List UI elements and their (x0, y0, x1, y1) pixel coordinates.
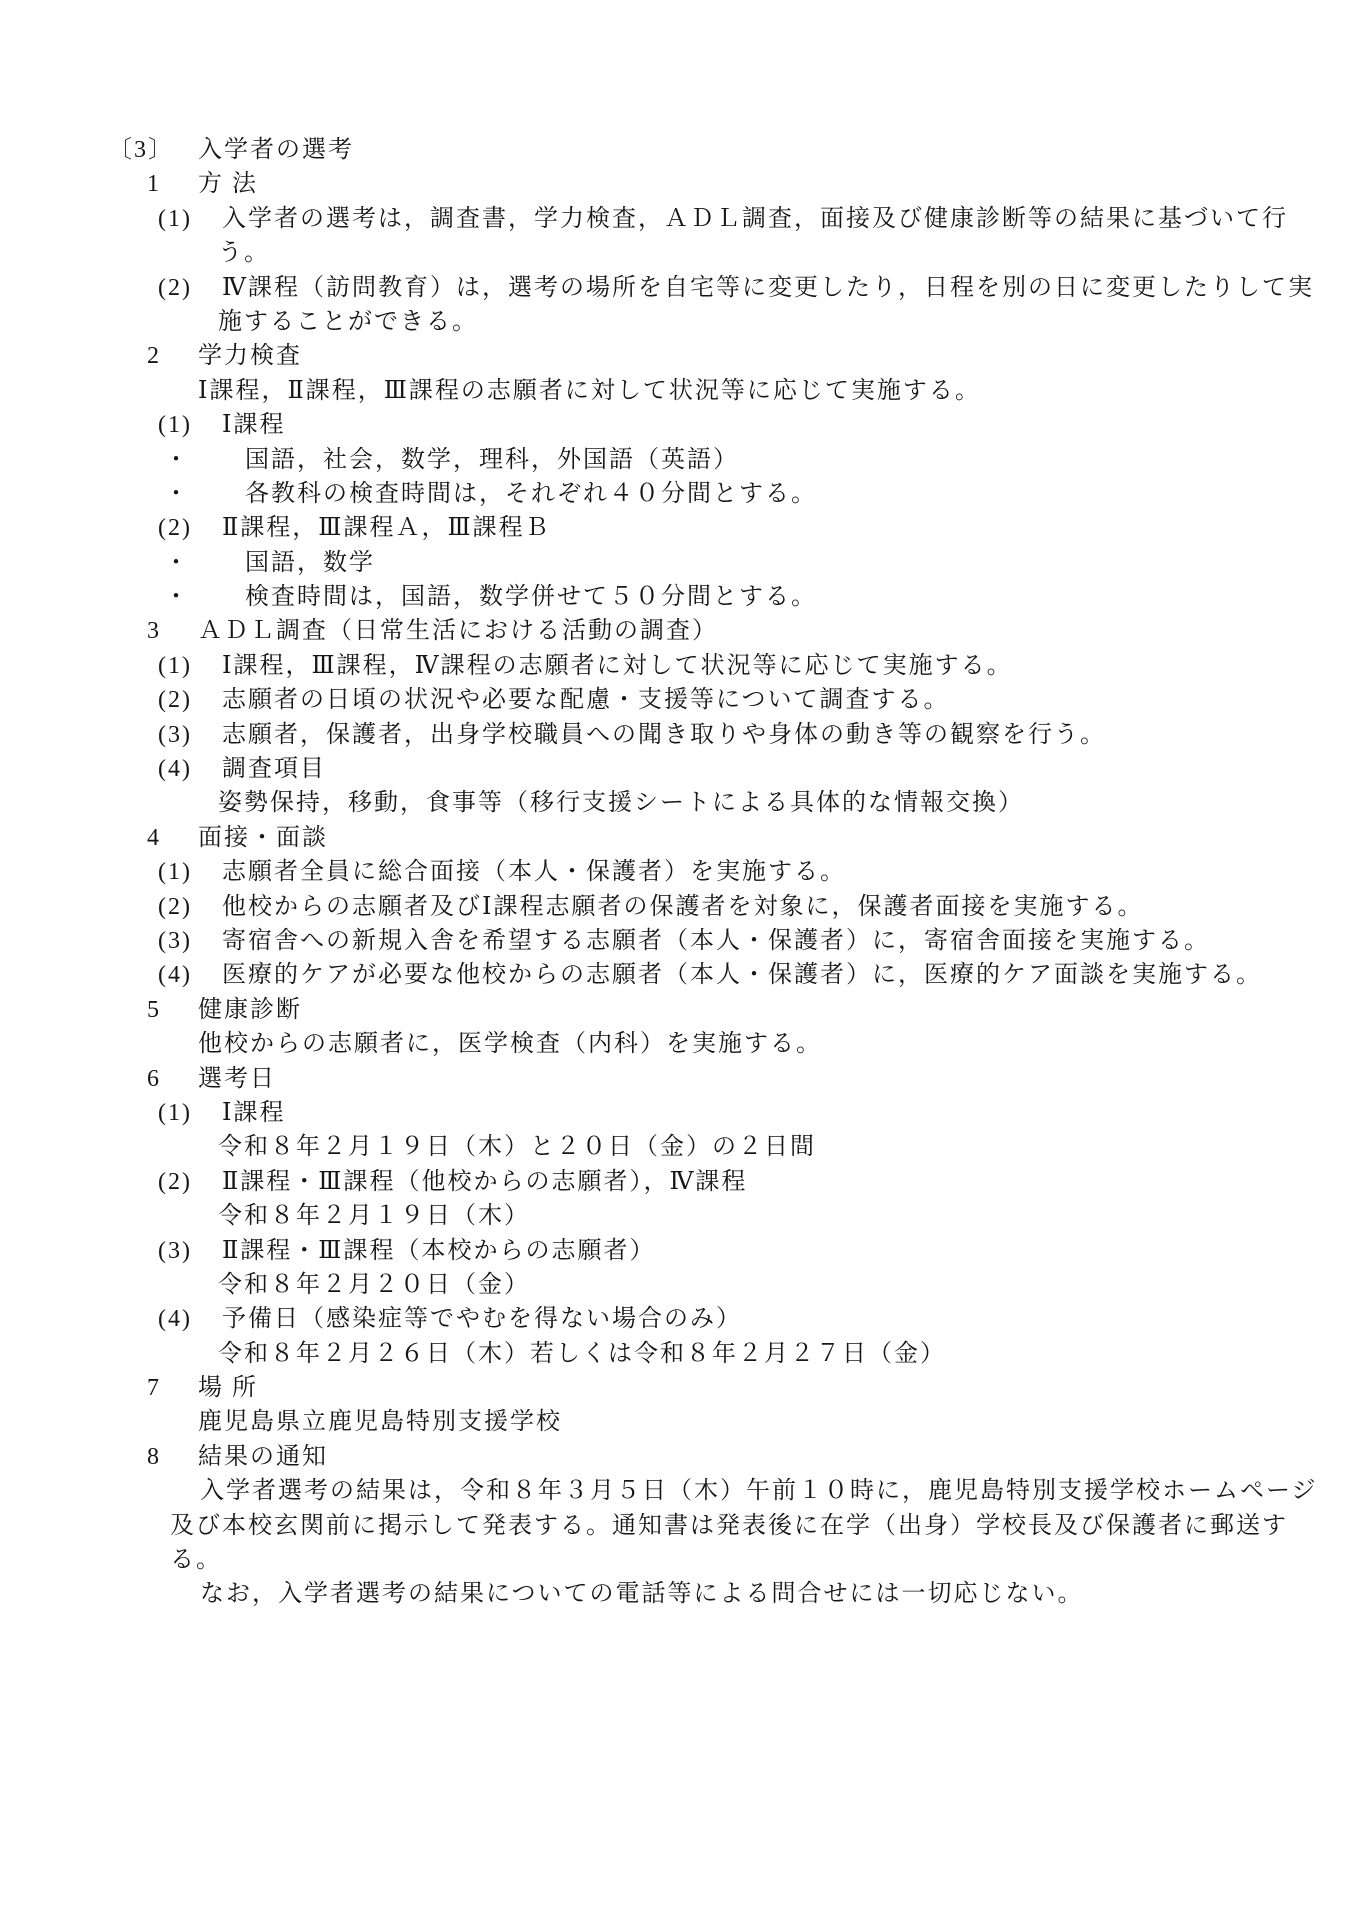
doc-line-section: 3 ＡＤＬ調査（日常生活における活動の調査） (0, 614, 1357, 648)
line-text: Ⅳ課程（訪問教育）は，選考の場所を自宅等に変更したり，日程を別の日に変更したりし… (222, 275, 1314, 301)
document-page: 〔3〕 入学者の選考 1 方 法 (1) 入学者の選考は，調査書，学力検査，ＡＤ… (0, 0, 1357, 1920)
line-marker: ・ (164, 546, 190, 580)
line-text: 検査時間は，国語，数学併せて５０分間とする。 (245, 584, 817, 610)
line-text: 寄宿舎への新規入舎を希望する志願者（本人・保護者）に，寄宿舎面接を実施する。 (222, 928, 1210, 954)
line-marker: (4) (158, 958, 192, 992)
line-text: 入学者の選考 (198, 137, 354, 163)
doc-line-item: (2) 他校からの志願者及びⅠ課程志願者の保護者を対象に，保護者面接を実施する。 (0, 890, 1357, 924)
doc-line-item: (4) 調査項目 (0, 752, 1357, 786)
doc-line-item: (1) Ⅰ課程 (0, 1096, 1357, 1130)
doc-line-item: (4) 医療的ケアが必要な他校からの志願者（本人・保護者）に，医療的ケア面談を実… (0, 958, 1357, 992)
line-marker: 6 (147, 1062, 161, 1096)
line-text: 予備日（感染症等でやむを得ない場合のみ） (222, 1306, 742, 1332)
doc-line-item: (1) Ⅰ課程 (0, 408, 1357, 442)
line-marker: 〔3〕 (108, 133, 174, 167)
doc-line-section: 7 場 所 (0, 1371, 1357, 1405)
document-body: 〔3〕 入学者の選考 1 方 法 (1) 入学者の選考は，調査書，学力検査，ＡＤ… (0, 133, 1357, 1612)
doc-line-section: 6 選考日 (0, 1062, 1357, 1096)
doc-line-item-cont: 令和８年２月２６日（木）若しくは令和８年２月２７日（金） (0, 1337, 1357, 1371)
line-text: 志願者の日頃の状況や必要な配慮・支援等について調査する。 (222, 687, 950, 713)
line-text: 場 所 (198, 1375, 258, 1401)
line-marker: 2 (147, 339, 161, 373)
line-text: 健康診断 (198, 997, 302, 1023)
line-text: Ⅰ課程 (222, 1100, 285, 1126)
line-text: ＡＤＬ調査（日常生活における活動の調査） (198, 618, 718, 644)
doc-line-item: (2) Ⅳ課程（訪問教育）は，選考の場所を自宅等に変更したり，日程を別の日に変更… (0, 271, 1357, 305)
doc-line-item-cont: 施することができる。 (0, 305, 1357, 339)
line-marker: (2) (158, 890, 192, 924)
line-marker: 3 (147, 614, 161, 648)
doc-line-para-cont: 及び本校玄関前に掲示して発表する。通知書は発表後に在学（出身）学校長及び保護者に… (0, 1509, 1357, 1543)
doc-line-item: (4) 予備日（感染症等でやむを得ない場合のみ） (0, 1302, 1357, 1336)
doc-line-para-first: 入学者選考の結果は，令和８年３月５日（木）午前１０時に，鹿児島特別支援学校ホーム… (0, 1474, 1357, 1508)
line-text: Ⅰ課程，Ⅲ課程，Ⅳ課程の志願者に対して状況等に応じて実施する。 (222, 653, 1013, 679)
line-marker: (3) (158, 718, 192, 752)
line-text: 他校からの志願者に，医学検査（内科）を実施する。 (198, 1031, 822, 1057)
line-text: Ⅱ課程，Ⅲ課程Ａ，Ⅲ課程Ｂ (222, 515, 551, 541)
doc-line-item: (3) 志願者，保護者，出身学校職員への聞き取りや身体の動き等の観察を行う。 (0, 718, 1357, 752)
line-text: 令和８年２月２６日（木）若しくは令和８年２月２７日（金） (218, 1341, 946, 1367)
doc-line-section: 4 面接・面談 (0, 821, 1357, 855)
line-marker: (4) (158, 1302, 192, 1336)
doc-line-bullet: ・ 国語，数学 (0, 546, 1357, 580)
doc-line-item: (2) Ⅱ課程，Ⅲ課程Ａ，Ⅲ課程Ｂ (0, 511, 1357, 545)
doc-line-item: (2) 志願者の日頃の状況や必要な配慮・支援等について調査する。 (0, 683, 1357, 717)
line-marker: (3) (158, 924, 192, 958)
doc-line-para-first: なお，入学者選考の結果についての電話等による問合せには一切応じない。 (0, 1577, 1357, 1611)
doc-line-item: (2) Ⅱ課程・Ⅲ課程（他校からの志願者），Ⅳ課程 (0, 1165, 1357, 1199)
line-text: 他校からの志願者及びⅠ課程志願者の保護者を対象に，保護者面接を実施する。 (222, 894, 1143, 920)
line-text: 及び本校玄関前に掲示して発表する。通知書は発表後に在学（出身）学校長及び保護者に… (170, 1513, 1288, 1539)
line-marker: (2) (158, 511, 192, 545)
line-text: 入学者選考の結果は，令和８年３月５日（木）午前１０時に，鹿児島特別支援学校ホーム… (200, 1478, 1318, 1504)
line-marker: ・ (164, 580, 190, 614)
line-marker: (1) (158, 202, 192, 236)
doc-line-para-cont: る。 (0, 1543, 1357, 1577)
line-marker: 7 (147, 1371, 161, 1405)
doc-line-heading: 〔3〕 入学者の選考 (0, 133, 1357, 167)
line-marker: (1) (158, 1096, 192, 1130)
doc-line-section: 8 結果の通知 (0, 1440, 1357, 1474)
doc-line-section-cont: 鹿児島県立鹿児島特別支援学校 (0, 1405, 1357, 1439)
doc-line-item: (3) 寄宿舎への新規入舎を希望する志願者（本人・保護者）に，寄宿舎面接を実施す… (0, 924, 1357, 958)
doc-line-item-cont: 姿勢保持，移動，食事等（移行支援シートによる具体的な情報交換） (0, 786, 1357, 820)
line-text: 国語，数学 (245, 550, 375, 576)
doc-line-section-cont: Ⅰ課程，Ⅱ課程，Ⅲ課程の志願者に対して状況等に応じて実施する。 (0, 374, 1357, 408)
line-text: 志願者全員に総合面接（本人・保護者）を実施する。 (222, 859, 846, 885)
line-text: る。 (170, 1547, 222, 1573)
doc-line-bullet: ・ 各教科の検査時間は，それぞれ４０分間とする。 (0, 477, 1357, 511)
doc-line-bullet: ・ 検査時間は，国語，数学併せて５０分間とする。 (0, 580, 1357, 614)
line-text: う。 (218, 240, 270, 266)
line-text: なお，入学者選考の結果についての電話等による問合せには一切応じない。 (200, 1581, 1084, 1607)
line-marker: ・ (164, 477, 190, 511)
line-marker: (1) (158, 855, 192, 889)
line-marker: (4) (158, 752, 192, 786)
line-marker: (2) (158, 683, 192, 717)
line-text: 国語，社会，数学，理科，外国語（英語） (245, 447, 739, 473)
line-marker: (2) (158, 271, 192, 305)
doc-line-section: 5 健康診断 (0, 993, 1357, 1027)
line-marker: 4 (147, 821, 161, 855)
line-text: 令和８年２月２０日（金） (218, 1272, 530, 1298)
line-text: 鹿児島県立鹿児島特別支援学校 (198, 1409, 562, 1435)
line-text: 令和８年２月１９日（木） (218, 1203, 530, 1229)
doc-line-section: 1 方 法 (0, 167, 1357, 201)
doc-line-item: (1) 志願者全員に総合面接（本人・保護者）を実施する。 (0, 855, 1357, 889)
line-text: 医療的ケアが必要な他校からの志願者（本人・保護者）に，医療的ケア面談を実施する。 (222, 962, 1262, 988)
line-text: 入学者の選考は，調査書，学力検査，ＡＤＬ調査，面接及び健康診断等の結果に基づいて… (222, 206, 1288, 232)
doc-line-item: (1) 入学者の選考は，調査書，学力検査，ＡＤＬ調査，面接及び健康診断等の結果に… (0, 202, 1357, 236)
line-text: 調査項目 (222, 756, 326, 782)
line-text: 志願者，保護者，出身学校職員への聞き取りや身体の動き等の観察を行う。 (222, 722, 1106, 748)
doc-line-item: (1) Ⅰ課程，Ⅲ課程，Ⅳ課程の志願者に対して状況等に応じて実施する。 (0, 649, 1357, 683)
doc-line-item-cont: 令和８年２月１９日（木）と２０日（金）の２日間 (0, 1130, 1357, 1164)
line-marker: (3) (158, 1234, 192, 1268)
line-text: 各教科の検査時間は，それぞれ４０分間とする。 (245, 481, 817, 507)
line-marker: (2) (158, 1165, 192, 1199)
line-marker: 8 (147, 1440, 161, 1474)
line-marker: (1) (158, 408, 192, 442)
line-text: 結果の通知 (198, 1444, 328, 1470)
line-text: Ⅰ課程，Ⅱ課程，Ⅲ課程の志願者に対して状況等に応じて実施する。 (198, 378, 981, 404)
line-marker: (1) (158, 649, 192, 683)
line-text: 姿勢保持，移動，食事等（移行支援シートによる具体的な情報交換） (218, 790, 1024, 816)
line-text: Ⅰ課程 (222, 412, 285, 438)
line-text: 令和８年２月１９日（木）と２０日（金）の２日間 (218, 1134, 816, 1160)
doc-line-item-cont: 令和８年２月２０日（金） (0, 1268, 1357, 1302)
doc-line-item: (3) Ⅱ課程・Ⅲ課程（本校からの志願者） (0, 1234, 1357, 1268)
line-text: 施することができる。 (218, 309, 478, 335)
line-marker: 5 (147, 993, 161, 1027)
doc-line-section-cont: 他校からの志願者に，医学検査（内科）を実施する。 (0, 1027, 1357, 1061)
doc-line-bullet: ・ 国語，社会，数学，理科，外国語（英語） (0, 443, 1357, 477)
line-text: 選考日 (198, 1066, 276, 1092)
line-marker: 1 (147, 167, 161, 201)
doc-line-item-cont: う。 (0, 236, 1357, 270)
line-text: Ⅱ課程・Ⅲ課程（本校からの志願者） (222, 1238, 655, 1264)
doc-line-section: 2 学力検査 (0, 339, 1357, 373)
line-text: 学力検査 (198, 343, 302, 369)
line-text: 方 法 (198, 171, 258, 197)
line-marker: ・ (164, 443, 190, 477)
line-text: Ⅱ課程・Ⅲ課程（他校からの志願者），Ⅳ課程 (222, 1169, 747, 1195)
doc-line-item-cont: 令和８年２月１９日（木） (0, 1199, 1357, 1233)
line-text: 面接・面談 (198, 825, 328, 851)
